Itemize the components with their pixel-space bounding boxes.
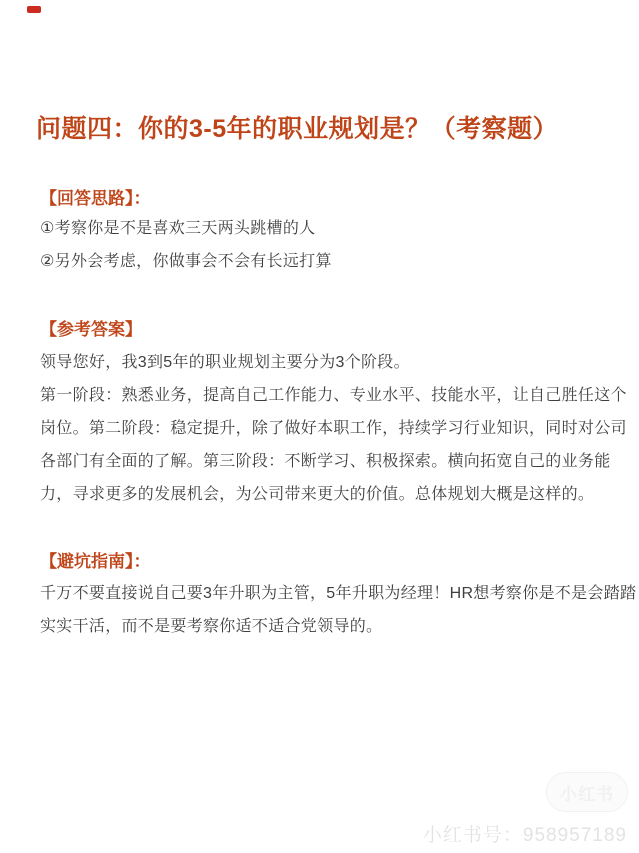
answer-text-line: 各部门有全面的了解。第三阶段：不断学习、积极探索。横向拓宽自己的业务能: [40, 448, 611, 471]
xiaohongshu-badge-label: 小红书: [560, 780, 614, 805]
answer-text-line: 领导您好，我3到5年的职业规划主要分为3个阶段。: [40, 349, 410, 372]
thoughts-point-1: ①考察你是不是喜欢三天两头跳槽的人: [40, 215, 315, 238]
section-heading-pitfall-guide: 【避坑指南】：: [40, 547, 151, 572]
corner-red-mark: [27, 6, 41, 13]
answer-text-line: 力，寻求更多的发展机会，为公司带来更大的价值。总体规划大概是这样的。: [40, 481, 594, 504]
note-page: 问题四：你的3-5年的职业规划是？（考察题） 【回答思路】： ①考察你是不是喜欢…: [0, 0, 639, 853]
thoughts-point-2: ②另外会考虑，你做事会不会有长远打算: [40, 248, 332, 271]
question-title: 问题四：你的3-5年的职业规划是？（考察题）: [36, 109, 558, 145]
section-heading-answer-thoughts: 【回答思路】：: [40, 184, 151, 209]
section-heading-reference-answer: 【参考答案】: [40, 315, 142, 340]
xiaohongshu-account-id: 小红书号：958957189: [423, 820, 627, 847]
pitfall-text-line: 实实干活，而不是要考察你适不适合党领导的。: [40, 613, 382, 636]
xiaohongshu-watermark-badge: 小红书: [546, 772, 628, 812]
answer-text-line: 岗位。第二阶段：稳定提升，除了做好本职工作，持续学习行业知识，同时对公司: [40, 415, 627, 438]
pitfall-text-line: 千万不要直接说自己要3年升职为主管，5年升职为经理！HR想考察你是不是会踏踏: [40, 580, 636, 603]
answer-text-line: 第一阶段：熟悉业务，提高自己工作能力、专业水平、技能水平，让自己胜任这个: [40, 382, 627, 405]
